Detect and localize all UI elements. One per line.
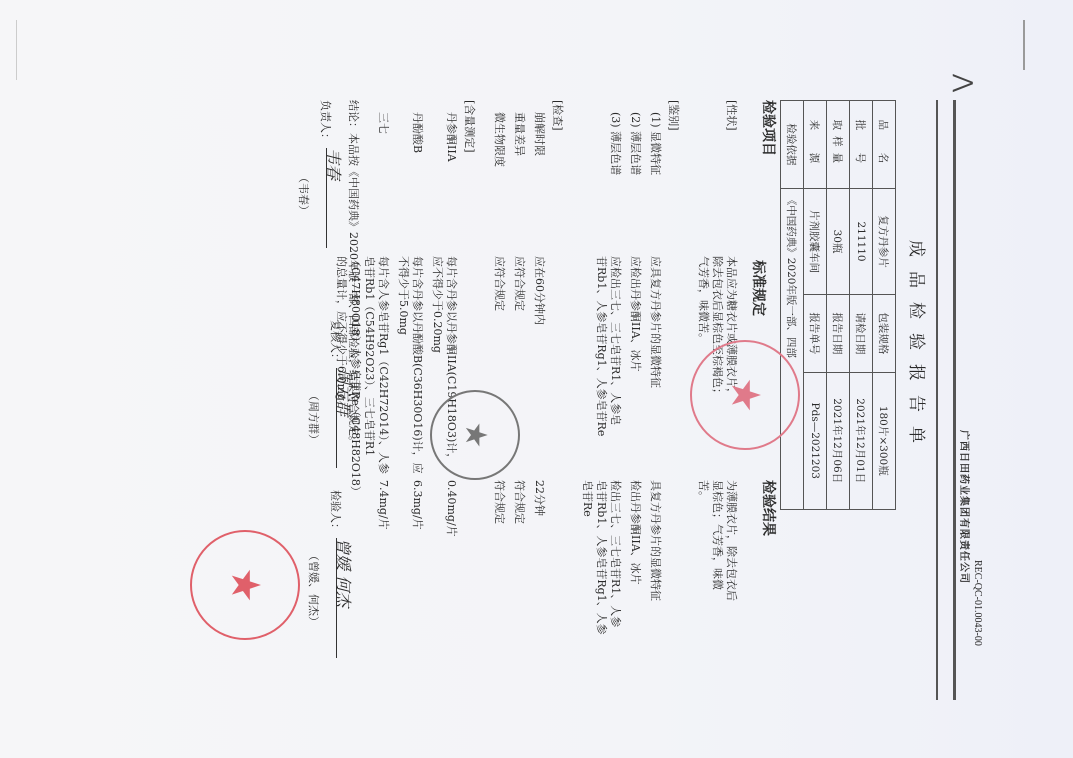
inspector-signature: 曾媛 何杰: [336, 538, 350, 658]
result-text: 22分钟: [533, 480, 546, 516]
reviewer-signature: 周方群: [336, 368, 350, 468]
reviewer-name: （周方群）: [307, 390, 320, 445]
inspector-label: 检验人：: [329, 490, 342, 534]
rotated-report-page: ⋀ 广西日田药业集团有限责任公司 REC-QC-01.0043-00 成品检验报…: [120, 60, 1000, 700]
result-text: 6.3mg/片: [411, 480, 424, 530]
report-title: 成品检验报告单: [909, 240, 922, 457]
inspector-name: （曾媛、何杰）: [307, 550, 320, 627]
red-company-stamp: ★: [190, 530, 300, 640]
value-request-date: 2021年12月01日: [850, 372, 873, 509]
result-text: 皂苷Rb1、人参皂苷Rg1、人参: [595, 480, 608, 635]
section-heading: [含量测定]: [463, 100, 476, 153]
column-result-heading: 检验结果: [761, 480, 774, 536]
label-pack: 包装规格: [873, 295, 896, 372]
table-row: 检验依据 《中国药典》2020年版一部、四部: [781, 101, 804, 510]
section-heading: [鉴别]: [667, 100, 680, 131]
label-basis: 检验依据: [781, 101, 804, 189]
test-item-name: (1) 显微特征: [649, 112, 662, 175]
manager-name: （韦春）: [297, 172, 310, 216]
manager-label: 负责人：: [319, 100, 332, 144]
standard-text: 应具复方丹参片的显微特征: [649, 256, 662, 388]
value-sample: 30瓶: [827, 188, 850, 295]
table-row: 取样量 30瓶 报告日期 2021年12月06日: [827, 101, 850, 510]
standard-text: 应在60分钟内: [533, 256, 546, 325]
header-rule: [936, 100, 938, 700]
result-text: 为薄膜衣片，除去包衣后: [725, 480, 738, 601]
standard-text: 应不得少于0.20mg: [431, 256, 444, 353]
result-text: 皂苷Re: [581, 480, 594, 517]
result-text: 检出三七、三七皂苷R1、人参: [609, 480, 622, 627]
result-text: 具复方丹参片的显微特征: [649, 480, 662, 601]
column-item-heading: 检验项目: [761, 100, 774, 156]
standard-text: 应符合规定: [513, 256, 526, 311]
section-heading: [检查]: [551, 100, 564, 131]
standard-text: 不得少于5.0mg: [397, 256, 410, 335]
header-rule: [953, 100, 956, 700]
label-batch: 批 号: [850, 101, 873, 189]
table-row: 品 名 复方丹参片 包装规格 180片×300瓶: [873, 101, 896, 510]
standard-text: 每片含人参皂苷Rg1（C42H72O14）、人参: [377, 256, 390, 474]
label-sample: 取样量: [827, 101, 850, 189]
reviewer-label: 复核人：: [329, 320, 342, 364]
value-product: 复方丹参片: [873, 188, 896, 295]
value-source: 片剂胶囊车间: [804, 188, 827, 295]
section-heading: [性状]: [725, 100, 738, 131]
value-batch: 211110: [850, 188, 873, 295]
standard-text: 苷Rb1、人参皂苷Rg1、人参皂苷Re: [595, 256, 608, 436]
value-report-no: Pds—2021203: [804, 372, 827, 509]
result-text: 7.4mg/片: [377, 480, 390, 530]
result-text: 符合规定: [493, 480, 506, 524]
grey-company-stamp: ★: [430, 390, 520, 480]
standard-text: 皂苷Rb1（C54H92O23）、三七皂苷R1: [363, 256, 376, 456]
result-text: 显棕色；气芳香，味微: [711, 480, 724, 590]
test-item-name: 崩解时限: [533, 112, 546, 156]
result-text: 检出丹参酮IIA、冰片: [629, 480, 642, 585]
manager-signature: 韦春: [326, 148, 340, 248]
test-item-name: (3) 薄层色谱: [609, 112, 622, 175]
label-source: 来 源: [804, 101, 827, 189]
label-product: 品 名: [873, 101, 896, 189]
label-report-date: 报告日期: [827, 295, 850, 372]
table-row: 来 源 片剂胶囊车间 报告单号 Pds—2021203: [804, 101, 827, 510]
scan-edge-mark: [1023, 20, 1025, 70]
table-row: 批 号 211110 请检日期 2021年12月01日: [850, 101, 873, 510]
document-code: REC-QC-01.0043-00: [971, 560, 984, 646]
label-report-no: 报告单号: [804, 295, 827, 372]
test-item-name: 丹酚酸B: [411, 112, 424, 153]
test-item-name: (2) 薄层色谱: [629, 112, 642, 175]
company-logo-icon: ⋀: [957, 74, 970, 92]
label-request-date: 请检日期: [850, 295, 873, 372]
standard-text: 每片含丹参以丹酚酸B(C36H30O16)计，应: [411, 256, 424, 474]
scan-edge-mark: [16, 20, 17, 80]
standard-text: 应检出三七、三七皂苷R1、人参皂: [609, 256, 622, 425]
column-standard-heading: 标准规定: [751, 260, 764, 316]
test-item-name: 三七: [377, 112, 390, 134]
company-name: 广西日田药业集团有限责任公司: [957, 430, 970, 584]
standard-text: 应符合规定: [493, 256, 506, 311]
result-text: 0.40mg/片: [445, 480, 458, 537]
value-basis: 《中国药典》2020年版一部、四部: [781, 188, 804, 509]
info-table: 品 名 复方丹参片 包装规格 180片×300瓶 批 号 211110 请检日期…: [780, 100, 896, 510]
value-pack: 180片×300瓶: [873, 372, 896, 509]
result-text: 苦。: [697, 480, 710, 502]
test-item-name: 丹参酮IIA: [445, 112, 458, 162]
value-report-date: 2021年12月06日: [827, 372, 850, 509]
test-item-name: 重量差异: [513, 112, 526, 156]
test-item-name: 微生物限度: [493, 112, 506, 167]
standard-text: 应检出丹参酮IIA、冰片: [629, 256, 642, 372]
pink-quality-stamp: ★: [690, 340, 800, 450]
standard-text: 气芳香，味微苦。: [697, 256, 710, 344]
result-text: 符合规定: [513, 480, 526, 524]
